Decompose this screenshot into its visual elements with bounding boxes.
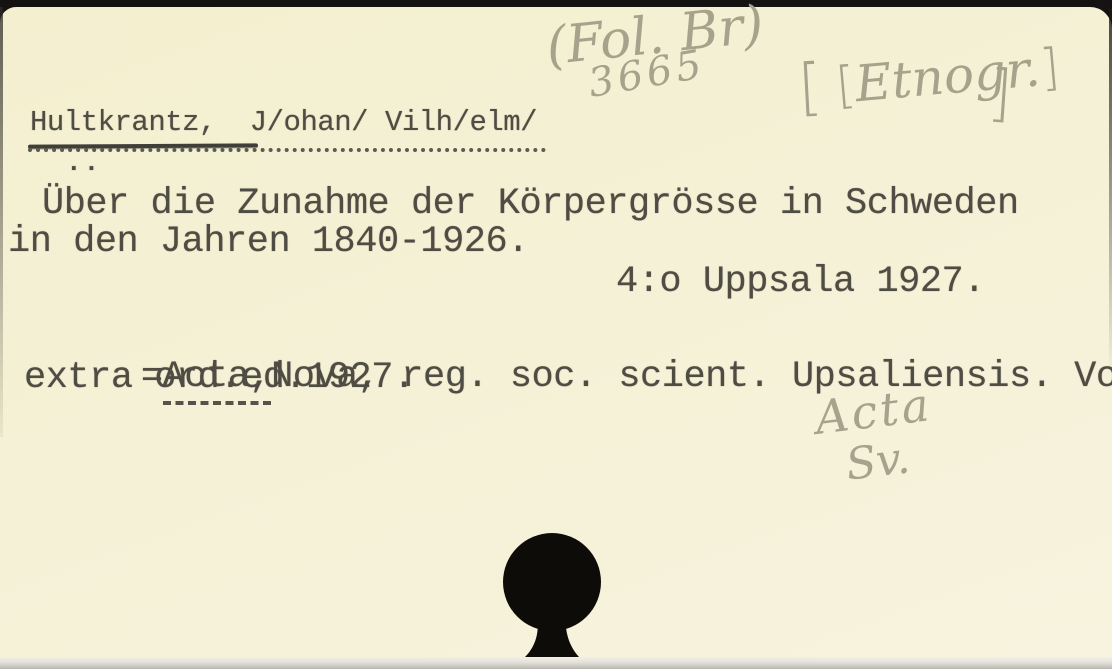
card-bottom-edge: [0, 657, 1112, 669]
pencil-series-note-2: Sv.: [844, 436, 913, 487]
pencil-empty-bracket-open: [: [796, 55, 823, 118]
series-line-2: extra ord.ed.1927.: [24, 360, 415, 397]
heading-underline-dotted: [28, 148, 546, 152]
catalog-card-scan: (Fol. Br) 3665 [Etnogr.] [ ] Hultkrantz,…: [0, 0, 1112, 669]
pencil-category-text: Etnogr.: [853, 39, 1043, 113]
imprint-line: 4:o Uppsala 1927.: [616, 264, 985, 301]
title-line-1: Über die Zunahme der Körpergrösse in Sch…: [42, 186, 1019, 223]
punch-hole-keyhole-icon: [478, 528, 628, 658]
umlaut-overstrike: ..: [66, 150, 101, 176]
title-line-2: in den Jahren 1840-1926.: [8, 224, 529, 261]
author-heading: Hultkrantz, J/ohan/ Vilh/elm/: [30, 108, 537, 137]
card-left-edge: [0, 7, 3, 437]
pencil-series-note-1: Acta: [813, 381, 935, 441]
pencil-empty-bracket-close: ]: [986, 61, 1014, 125]
